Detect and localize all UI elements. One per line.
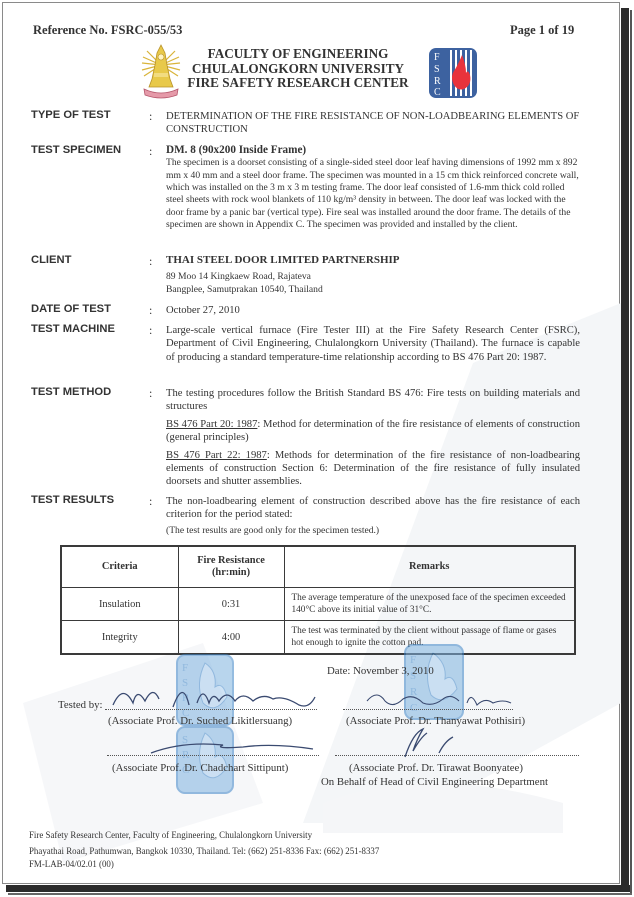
client-name: THAI STEEL DOOR LIMITED PARTNERSHIP xyxy=(166,254,580,267)
standard-code: BS 476 Part 20: 1987 xyxy=(166,419,257,430)
colon: : xyxy=(149,494,152,509)
value-date-of-test: October 27, 2010 xyxy=(166,304,580,317)
colon: : xyxy=(149,254,152,269)
org-line-faculty: FACULTY OF ENGINEERING xyxy=(173,47,423,62)
page-shadow-bottom-edge xyxy=(8,893,632,895)
header-criteria: Criteria xyxy=(61,546,178,588)
value-type-of-test: DETERMINATION OF THE FIRE RESISTANCE OF … xyxy=(166,110,580,137)
page-shadow-right xyxy=(621,8,629,892)
header-remarks: Remarks xyxy=(284,546,575,588)
on-behalf-text: On Behalf of Head of Civil Engineering D… xyxy=(321,776,548,788)
colon: : xyxy=(149,323,152,338)
test-method-block: The testing procedures follow the Britis… xyxy=(166,387,580,489)
tested-by-label: Tested by: xyxy=(58,699,103,711)
document-page: Reference No. FSRC-055/53 Page 1 of 19 F… xyxy=(2,2,620,884)
org-line-university: CHULALONGKORN UNIVERSITY xyxy=(173,62,423,77)
test-method-intro: The testing procedures follow the Britis… xyxy=(166,387,580,414)
specimen-description: The specimen is a doorset consisting of … xyxy=(166,157,580,231)
label-date-of-test: DATE OF TEST xyxy=(31,303,111,315)
fsrc-letter-f: F xyxy=(434,52,440,63)
cell-remarks: The average temperature of the unexposed… xyxy=(284,588,575,621)
results-table: Criteria Fire Resistance(hr:min) Remarks… xyxy=(60,545,576,655)
standard-code: BS 476 Part 22: 1987 xyxy=(166,450,267,461)
client-block: THAI STEEL DOOR LIMITED PARTNERSHIP 89 M… xyxy=(166,254,580,296)
table-row: Integrity 4:00 The test was terminated b… xyxy=(61,621,575,655)
reference-number: Reference No. FSRC-055/53 xyxy=(33,23,182,38)
label-test-results: TEST RESULTS xyxy=(31,494,114,506)
table-row: Insulation 0:31 The average temperature … xyxy=(61,588,575,621)
cell-criteria: Integrity xyxy=(61,621,178,655)
page-shadow-bottom xyxy=(6,885,630,892)
client-address-line1: 89 Moo 14 Kingkaew Road, Rajateva xyxy=(166,271,580,283)
test-results-note: (The test results are good only for the … xyxy=(166,525,580,537)
org-line-center: FIRE SAFETY RESEARCH CENTER xyxy=(173,76,423,91)
table-header-row: Criteria Fire Resistance(hr:min) Remarks xyxy=(61,546,575,588)
cell-fire-resistance: 0:31 xyxy=(178,588,284,621)
colon: : xyxy=(149,303,152,318)
page-shadow-right-edge xyxy=(630,10,632,894)
form-code: FM-LAB-04/02.01 (00) xyxy=(29,859,114,869)
footer-line1: Fire Safety Research Center, Faculty of … xyxy=(29,830,312,840)
signer-sittipunt: (Associate Prof. Dr. Chadchart Sittipunt… xyxy=(112,762,288,774)
specimen-title: DM. 8 (90x200 Inside Frame) xyxy=(166,144,580,157)
fsrc-letter-s: S xyxy=(434,64,440,75)
label-test-specimen: TEST SPECIMEN xyxy=(31,144,121,156)
cell-criteria: Insulation xyxy=(61,588,178,621)
fsrc-letter-r: R xyxy=(434,76,441,87)
header-fire-resistance: Fire Resistance(hr:min) xyxy=(178,546,284,588)
page-number: Page 1 of 19 xyxy=(510,23,574,38)
signature-date: Date: November 3, 2010 xyxy=(327,665,434,677)
signer-likitlersuang: (Associate Prof. Dr. Suched Likitlersuan… xyxy=(108,715,292,727)
footer-line2: Phayathai Road, Pathumwan, Bangkok 10330… xyxy=(29,846,379,856)
client-address-line2: Bangplee, Samutprakan 10540, Thailand xyxy=(166,284,580,296)
signature-likitlersuang-icon xyxy=(103,675,323,719)
organization-header: FACULTY OF ENGINEERING CHULALONGKORN UNI… xyxy=(173,47,423,91)
signature-pothisiri-icon xyxy=(359,687,519,711)
colon: : xyxy=(149,109,152,124)
standard-part-20: BS 476 Part 20: 1987: Method for determi… xyxy=(166,418,580,445)
colon: : xyxy=(149,386,152,401)
value-test-machine: Large-scale vertical furnace (Fire Teste… xyxy=(166,324,580,364)
test-results-block: The non-loadbearing element of construct… xyxy=(166,495,580,537)
label-test-machine: TEST MACHINE xyxy=(31,323,115,335)
svg-text:F: F xyxy=(182,662,188,674)
standard-part-22: BS 476 Part 22: 1987: Methods for determ… xyxy=(166,449,580,489)
colon: : xyxy=(149,144,152,159)
cell-fire-resistance: 4:00 xyxy=(178,621,284,655)
fsrc-letter-c: C xyxy=(434,87,441,98)
label-client: CLIENT xyxy=(31,254,71,266)
label-type-of-test: TYPE OF TEST xyxy=(31,109,111,121)
fsrc-logo-icon: F S R C xyxy=(428,47,478,99)
signature-boonyatee-icon xyxy=(383,723,473,763)
test-specimen-block: DM. 8 (90x200 Inside Frame) The specimen… xyxy=(166,144,580,231)
test-results-text: The non-loadbearing element of construct… xyxy=(166,495,580,522)
label-test-method: TEST METHOD xyxy=(31,386,111,398)
signer-pothisiri: (Associate Prof. Dr. Thanyawat Pothisiri… xyxy=(346,715,525,727)
signature-sittipunt-icon xyxy=(143,735,323,759)
signer-boonyatee: (Associate Prof. Dr. Tirawat Boonyatee) xyxy=(349,762,523,774)
